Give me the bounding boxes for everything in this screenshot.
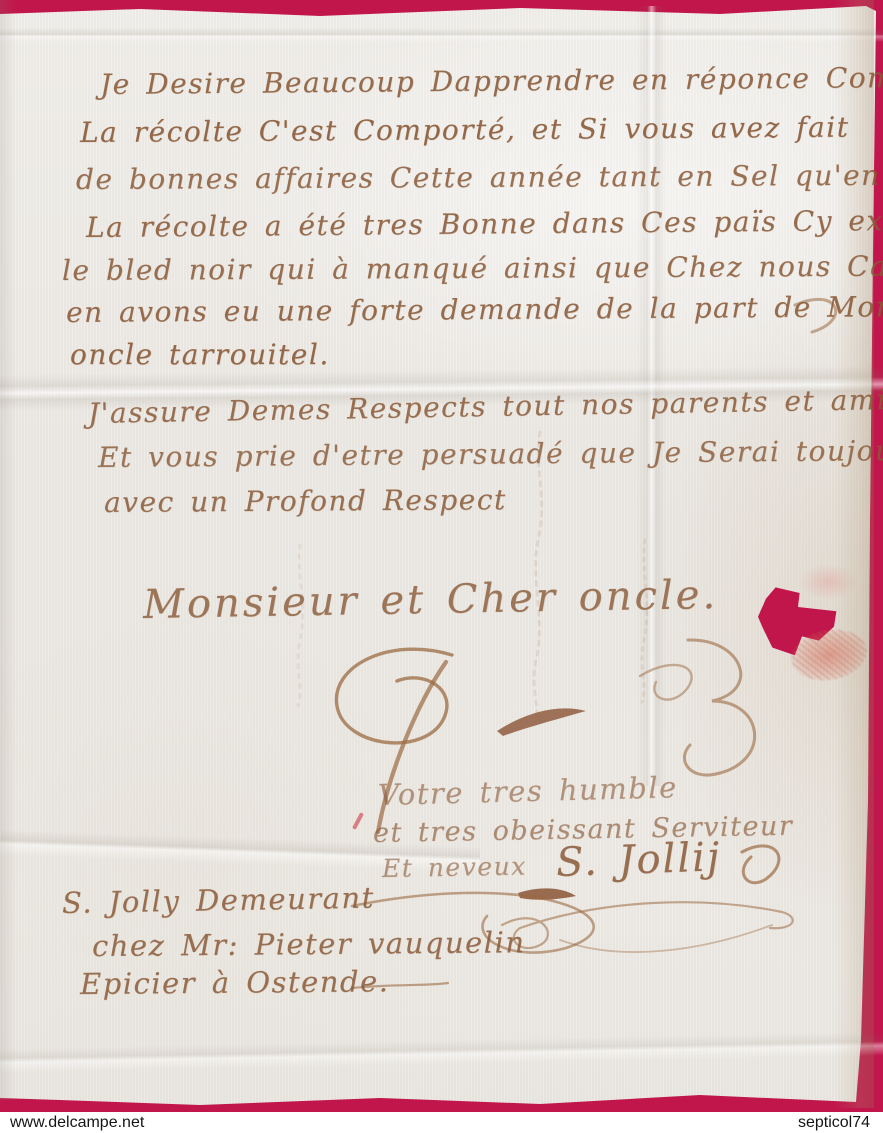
closing-line: Et neveux xyxy=(382,851,527,883)
letter-line: La récolte C'est Comporté, et Si vous av… xyxy=(80,111,850,149)
watermark-site-url: www.delcampe.net xyxy=(10,1112,144,1133)
letter-scan: Je Desire Beaucoup Dapprendre en réponce… xyxy=(0,0,883,1133)
letter-line: de bonnes affaires Cette année tant en S… xyxy=(76,158,883,196)
wax-seal-smear xyxy=(798,564,858,600)
letter-line: le bled noir qui à manqué ainsi que Chez… xyxy=(62,249,883,287)
letter-line: oncle tarrouitel. xyxy=(70,338,330,371)
address-note-line: S. Jolly Demeurant xyxy=(62,881,375,920)
address-note-line: chez Mr: Pieter vauquelin xyxy=(92,925,526,963)
signature: S. Jollij xyxy=(555,834,722,886)
letter-line: Et vous prie d'etre persuadé que Je Sera… xyxy=(98,434,883,474)
letter-line: Je Desire Beaucoup Dapprendre en réponce… xyxy=(100,60,883,101)
letter-line: avec un Profond Respect xyxy=(104,483,507,519)
watermark-seller-name: septicol74 xyxy=(798,1112,870,1133)
letter-line: La récolte a été tres Bonne dans Ces paï… xyxy=(86,203,883,244)
address-note-line: Epicier à Ostende. xyxy=(80,964,390,1001)
letter-line: en avons eu une forte demande de la part… xyxy=(66,290,883,329)
